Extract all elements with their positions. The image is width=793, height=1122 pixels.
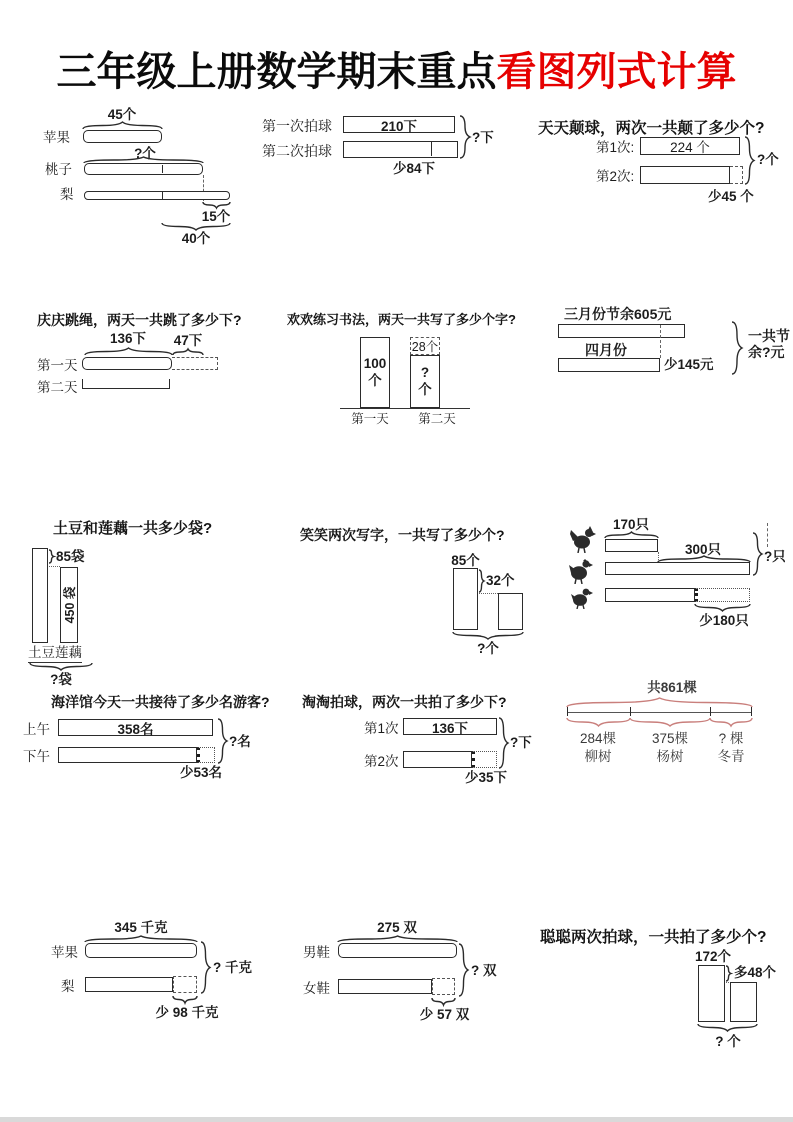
brace	[745, 137, 754, 184]
bar1-value: 172个	[688, 949, 738, 965]
bar-row1: 224 个	[640, 137, 740, 155]
first-column	[453, 568, 478, 630]
problem-shoes: 275 双 男鞋 女鞋 ? 双 少 57 双	[300, 915, 535, 1020]
men-bar	[338, 943, 457, 958]
march-bar	[558, 324, 685, 338]
pear-bar	[84, 191, 230, 200]
total-label: ? 千克	[213, 960, 252, 976]
brace	[753, 533, 762, 575]
day2-bar	[82, 379, 170, 389]
apple-bar	[85, 943, 197, 958]
row2-label: 女鞋	[303, 981, 330, 997]
total-label: ?名	[229, 734, 251, 750]
total-label: ?个	[458, 641, 518, 657]
brace	[218, 719, 227, 763]
problem-title: 欢欢练习书法，两天一共写了多少个字?	[287, 309, 516, 328]
hen-bar	[605, 562, 750, 575]
bar-row2	[640, 166, 730, 184]
problem-rope: 庆庆跳绳，两天一共跳了多少下? 136下 47下 第一天 第二天	[15, 305, 265, 395]
brace	[567, 698, 752, 707]
bar-row1: 210下	[343, 116, 455, 133]
x-label-day1: 第一天	[348, 412, 392, 426]
dashed-extension	[197, 747, 215, 763]
row1-label: 上午	[23, 722, 50, 738]
brace	[567, 718, 630, 726]
brace	[201, 942, 210, 993]
row2-label: 第二天	[37, 380, 78, 396]
diff-label: 少45 个	[708, 189, 754, 205]
row1-label: 第1次	[364, 721, 399, 737]
problem-trees: 共861棵 284棵 柳树 375棵 杨树 ? 棵 冬青	[552, 668, 793, 780]
chick-bar	[605, 588, 695, 602]
brace	[173, 996, 197, 1003]
day1-unit: 个	[368, 373, 382, 390]
total-label: ?只	[764, 549, 786, 565]
pear-bar	[85, 977, 173, 992]
brace	[30, 663, 92, 670]
scan-bottom-edge	[0, 1117, 793, 1122]
row2-label: 第2次	[364, 754, 399, 770]
top-value: 345 千克	[101, 920, 181, 936]
total-label: ? 双	[471, 963, 497, 979]
women-bar	[338, 979, 432, 994]
day2-unit: 个	[418, 382, 432, 399]
page-title: 三年级上册数学期末重点看图列式计算	[0, 40, 793, 97]
day1-bar	[82, 357, 172, 370]
diff-label: 少35下	[465, 770, 507, 786]
brace	[338, 936, 457, 942]
lotus-value: 450 袋	[60, 587, 78, 624]
holly-count: ? 棵	[701, 731, 761, 747]
diff-label: 少145元	[664, 357, 714, 373]
brace	[479, 570, 484, 592]
diff-label: 少 57 双	[407, 1007, 482, 1023]
segment-line	[567, 712, 752, 713]
dashed-box	[173, 976, 197, 993]
potato-column	[32, 548, 48, 643]
day1-value: 100个	[364, 356, 387, 390]
x-label-lotus: 莲藕	[55, 645, 82, 663]
rooster-icon	[570, 525, 596, 558]
brace	[460, 116, 470, 158]
brace	[85, 348, 172, 355]
diff-label: 85袋	[56, 549, 85, 565]
second-bar	[403, 751, 472, 768]
april-bar	[558, 358, 660, 372]
page-title-black: 三年级上册数学期末重点	[57, 50, 497, 94]
brace	[83, 122, 162, 129]
brace	[203, 202, 230, 208]
dotted-connector	[49, 566, 60, 567]
worksheet-page: 三年级上册数学期末重点看图列式计算 45个 苹果 ?个 桃子 梨 15个 40个…	[0, 0, 793, 1122]
day2-value: ?个	[418, 365, 432, 399]
diff-label: 32个	[486, 573, 515, 589]
bar1-value: 170只	[601, 517, 661, 533]
problem-ball-bounce: 第一次拍球 210下 第二次拍球 ?下 少84下	[255, 108, 500, 188]
first-bar: 136下	[403, 718, 497, 735]
problem-title: 聪聪两次拍球，一共拍了多少个?	[540, 925, 766, 947]
poplar-count: 375棵	[640, 731, 700, 747]
day1-column: 100个	[360, 337, 390, 408]
problem-title: 海洋馆今天一共接待了多少名游客?	[51, 692, 270, 712]
problem-poultry: 170只 300只 少180只 ?只	[552, 505, 793, 645]
total-line1: 一共节	[748, 328, 790, 344]
total-label: ?下	[510, 735, 532, 751]
bar-divider	[162, 165, 163, 173]
chick-icon	[571, 585, 593, 614]
brace	[698, 1024, 757, 1031]
segment-tick	[710, 707, 711, 716]
axis-line	[340, 408, 470, 409]
problem-title: 淘淘拍球，两次一共拍了多少下?	[302, 692, 507, 712]
day2-dashed-top: 28个	[410, 337, 440, 355]
total-label: ?个	[757, 152, 779, 168]
segment-tick	[630, 707, 631, 716]
first-column	[698, 965, 725, 1022]
lotus-column: 450 袋	[60, 567, 78, 643]
row1-label: 第1次:	[596, 140, 634, 156]
brace	[695, 604, 750, 611]
total-label: 一共节余?元	[748, 328, 790, 360]
pear-label: 梨	[60, 187, 74, 203]
brace	[605, 532, 658, 538]
apple-bar	[83, 130, 162, 143]
dotted-connector	[479, 593, 498, 594]
peach-label: 桃子	[45, 162, 72, 178]
x-label-day2: 第二天	[415, 412, 459, 426]
bar1-value: 85个	[443, 553, 488, 569]
problem-title: 庆庆跳绳，两天一共跳了多少下?	[37, 310, 242, 330]
brace	[173, 349, 203, 355]
total-line2: 余?元	[748, 344, 790, 360]
bar-row2	[343, 141, 458, 158]
brace	[710, 718, 752, 726]
poplar-label: 杨树	[640, 749, 700, 765]
total-label: ?下	[472, 130, 494, 146]
march-label: 三月份节余605元	[564, 306, 671, 322]
willow-count: 284棵	[568, 731, 628, 747]
diff-label: 少84下	[393, 161, 435, 177]
apple-count-label: 45个	[92, 107, 152, 123]
holly-label: 冬青	[701, 749, 761, 765]
row2-label: 梨	[61, 979, 75, 995]
diff-label: 少180只	[693, 613, 755, 629]
problem-writing: 笑笑两次写字，一共写了多少个? 85个 32个 ?个	[290, 515, 533, 655]
row2-label: 下午	[23, 749, 50, 765]
diff-label: 少53名	[180, 765, 222, 781]
segment-tick	[751, 707, 752, 716]
dashed-box	[432, 978, 455, 995]
dashed-connector	[660, 325, 661, 358]
day2-column: ?个	[410, 355, 440, 408]
total-label: ?袋	[31, 672, 91, 688]
april-label: 四月份	[585, 342, 627, 358]
dashed-extension	[695, 588, 750, 602]
second-column	[730, 982, 757, 1022]
day2-number: ?	[421, 365, 429, 382]
problem-aquarium: 海洋馆今天一共接待了多少名游客? 上午 358名 下午 ?名 少53名	[15, 688, 290, 783]
problem-juggle: 天天颠球，两次一共颠了多少个? 第1次: 224 个 第2次: ?个 少45 个	[530, 108, 793, 208]
bar-divider	[162, 192, 163, 199]
dashed-connector	[767, 523, 768, 547]
problem-title: 土豆和莲藕一共多少袋?	[53, 517, 212, 538]
row2-label: 第二次拍球	[262, 143, 332, 159]
total-label: 共861棵	[622, 680, 722, 696]
problem-savings: 三月份节余605元 四月份 少145元 一共节余?元	[552, 300, 793, 392]
brace	[630, 718, 710, 726]
rooster-bar	[605, 539, 658, 552]
pear-mid-label: 40个	[166, 231, 226, 247]
afternoon-bar	[58, 747, 197, 763]
problem-potato: 土豆和莲藕一共多少袋? 85袋 450 袋 土豆 莲藕 ?袋	[15, 495, 240, 685]
peach-bar	[84, 163, 203, 175]
segment-tick	[567, 707, 568, 716]
total-label: ? 个	[698, 1034, 758, 1050]
brace	[49, 550, 54, 563]
problem-title: 笑笑两次写字，一共写了多少个?	[300, 525, 505, 545]
row1-label: 第一天	[37, 358, 78, 374]
apple-label: 苹果	[43, 130, 70, 146]
day1-number: 100	[364, 356, 387, 373]
dashed-extension	[472, 751, 497, 768]
row2-label: 第2次:	[596, 169, 634, 185]
morning-bar: 358名	[58, 719, 213, 736]
dashed-extension	[172, 357, 218, 370]
brace	[732, 322, 742, 374]
brace	[162, 223, 230, 230]
problem-calligraphy: 欢欢练习书法，两天一共写了多少个字? 100个 28个 ?个 第一天 第二天	[270, 300, 500, 425]
dashed-extension	[730, 166, 743, 184]
problem-fruit-kg: 345 千克 苹果 梨 ? 千克 少 98 千克	[15, 915, 265, 1020]
diff-label: 少 98 千克	[147, 1005, 227, 1021]
brace	[459, 944, 468, 996]
row1-label: 男鞋	[303, 945, 330, 961]
brace	[453, 632, 523, 639]
problem-congcong: 聪聪两次拍球，一共拍了多少个? 172个 多48个 ? 个	[540, 915, 793, 1055]
seg1-label: 136下	[98, 331, 158, 347]
page-title-red: 看图列式计算	[497, 50, 737, 94]
diff-label: 多48个	[734, 965, 776, 981]
brace	[432, 998, 455, 1005]
row1-label: 第一次拍球	[262, 118, 332, 134]
top-value: 275 双	[357, 920, 437, 936]
brace	[499, 718, 508, 768]
x-label-potato: 土豆	[28, 645, 55, 663]
brace	[85, 936, 197, 942]
problem-title: 天天颠球，两次一共颠了多少个?	[538, 116, 764, 138]
bar-divider	[431, 142, 432, 156]
willow-label: 柳树	[568, 749, 628, 765]
problem-taotao: 淘淘拍球，两次一共拍了多少下? 第1次 136下 第2次 ?下 少35下	[300, 688, 520, 783]
problem-fruits: 45个 苹果 ?个 桃子 梨 15个 40个	[15, 105, 260, 250]
brace	[726, 966, 731, 981]
seg2-label: 47下	[158, 333, 218, 349]
row1-label: 苹果	[51, 945, 78, 961]
second-column	[498, 593, 523, 630]
